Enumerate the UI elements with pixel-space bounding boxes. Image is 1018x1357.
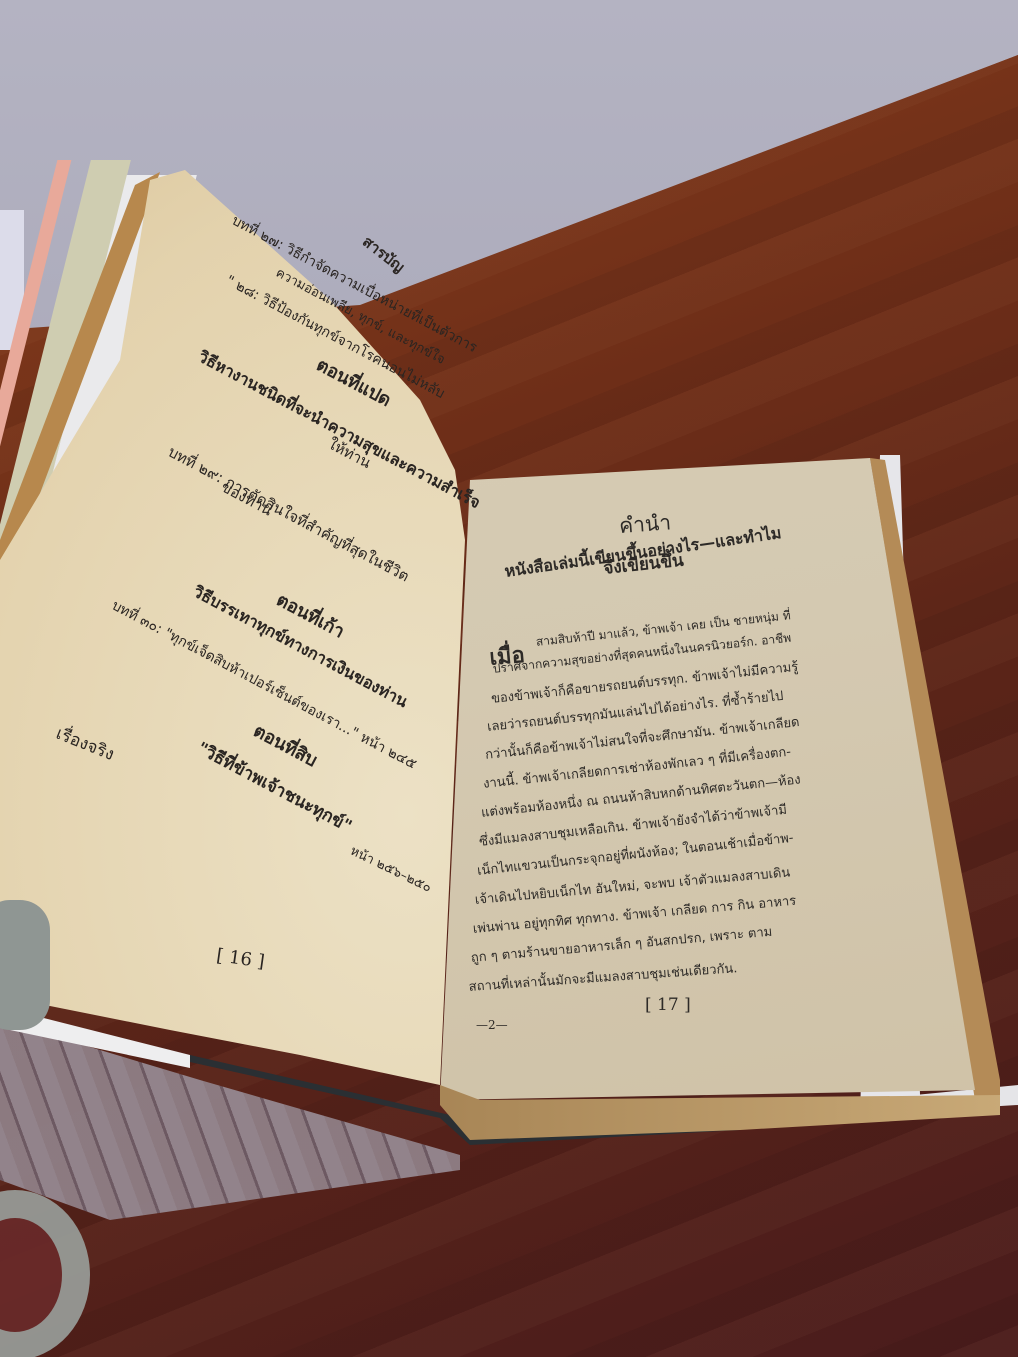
page-number-right: [ 17 ]	[645, 995, 691, 1015]
lamp-arm	[0, 900, 50, 1030]
signature-mark: —2—	[476, 1018, 508, 1032]
